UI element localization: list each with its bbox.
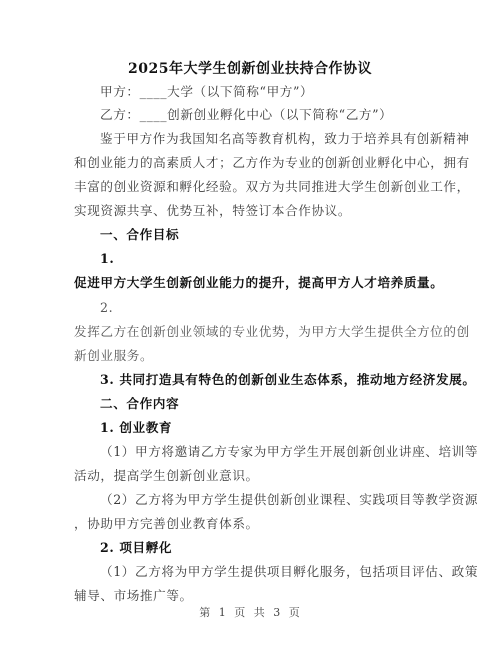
document-page: 2025年大学生创新创业扶持合作协议 甲方：____大学（以下简称“甲方”） 乙…	[0, 0, 500, 647]
party-a: 甲方：____大学（以下简称“甲方”）	[100, 83, 460, 101]
paragraph-line: 活动，提高学生创新创业意识。	[74, 467, 434, 485]
subsection-heading: 2. 项目孵化	[100, 539, 460, 557]
paragraph-line: （2）乙方将为甲方学生提供创新创业课程、实践项目等教学资源	[100, 491, 460, 509]
preamble-line: 丰富的创业资源和孵化经验。双方为共同推进大学生创新创业工作，	[74, 178, 434, 196]
goal-text: 促进甲方大学生创新创业能力的提升，提高甲方人才培养质量。	[74, 274, 434, 292]
goal-number: 2.	[100, 299, 460, 317]
preamble-line: 实现资源共享、优势互补，特签订本合作协议。	[74, 202, 434, 220]
goal-text: 3. 共同打造具有特色的创新创业生态体系，推动地方经济发展。	[100, 371, 460, 389]
goal-text: 新创业服务。	[74, 347, 434, 365]
preamble-line: 鉴于甲方作为我国知名高等教育机构，致力于培养具有创新精神	[100, 130, 460, 148]
page-footer: 第 1 页 共 3 页	[0, 604, 500, 620]
paragraph-line: （1）甲方将邀请乙方专家为甲方学生开展创新创业讲座、培训等	[100, 443, 460, 461]
section-heading: 二、合作内容	[100, 395, 460, 413]
paragraph-line: 辅导、市场推广等。	[74, 587, 434, 605]
section-heading: 一、合作目标	[100, 226, 460, 244]
paragraph-line: ，协助甲方完善创业教育体系。	[74, 515, 434, 533]
paragraph-line: （1）乙方将为甲方学生提供项目孵化服务，包括项目评估、政策	[100, 563, 460, 581]
goal-number: 1.	[100, 250, 460, 268]
preamble-line: 和创业能力的高素质人才；乙方作为专业的创新创业孵化中心，拥有	[74, 154, 434, 172]
goal-text: 发挥乙方在创新创业领域的专业优势，为甲方大学生提供全方位的创	[74, 323, 434, 341]
party-b: 乙方：____创新创业孵化中心（以下简称“乙方”）	[100, 106, 460, 124]
subsection-heading: 1. 创业教育	[100, 419, 460, 437]
document-title: 2025年大学生创新创业扶持合作协议	[0, 58, 500, 78]
